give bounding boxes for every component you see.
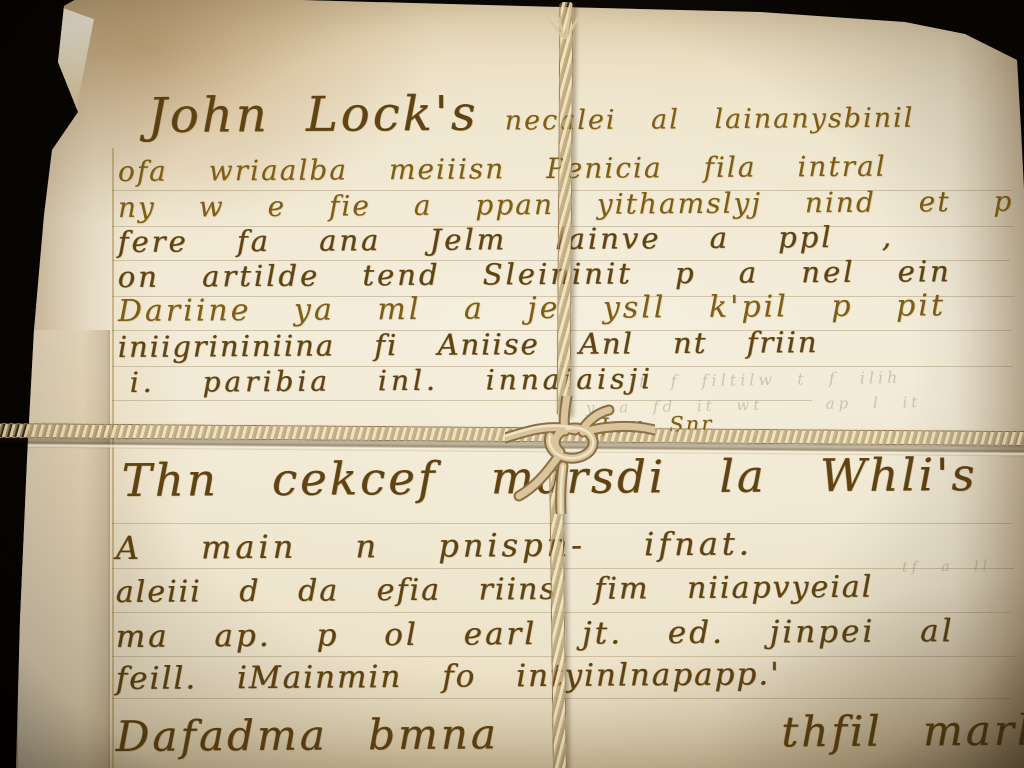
handwriting-line: Dafadma bmna thfil marlbii [116, 709, 1024, 758]
handwriting-line: feill. iMainmin fo intyinlnapapp.' [116, 659, 781, 695]
handwriting-title-line: John Lock's necalei al lainanysbinil [148, 87, 915, 140]
torn-corner-fold [50, 8, 94, 120]
handwriting-line: ofa wriaalba meiiisn Penicia fila intral [118, 153, 887, 186]
handwriting-line: A main n pnispn- ifnat. [116, 528, 753, 564]
twine-frayed-end [534, 0, 594, 40]
handwriting-line: on artilde tend Sleininit p a nel ein [118, 257, 952, 292]
handwriting-line: Dariine ya ml a je ysll k'pil p pit [118, 291, 946, 327]
ghost-writing-line: tf a ll [902, 559, 991, 575]
handwriting-line: i. paribia inl. innaiaisji [130, 365, 654, 397]
handwriting-line: ma ap. p ol earl jt. ed. jinpei al [116, 616, 955, 653]
handwriting-line: iniigrininiina fi Aniise Anl nt friin [118, 328, 819, 362]
handwriting-line: fere fa ana Jelm lainve a ppl , [118, 223, 894, 257]
twine-vertical-upper [557, 2, 574, 416]
ghost-writing-line: it f filtilw t f ilih [630, 370, 902, 391]
twine-knot [505, 396, 655, 514]
manuscript-photo: John Lock's necalei al lainanysbinil ofa… [0, 0, 1024, 768]
handwriting-line: aleiii d da efia riins fim niiapvyeial [116, 573, 874, 608]
manuscript-paper: John Lock's necalei al lainanysbinil ofa… [0, 0, 1024, 768]
manuscript-title: John Lock's [148, 90, 479, 140]
under-sheet-edge [18, 330, 110, 768]
margin-rule-line [112, 148, 114, 768]
